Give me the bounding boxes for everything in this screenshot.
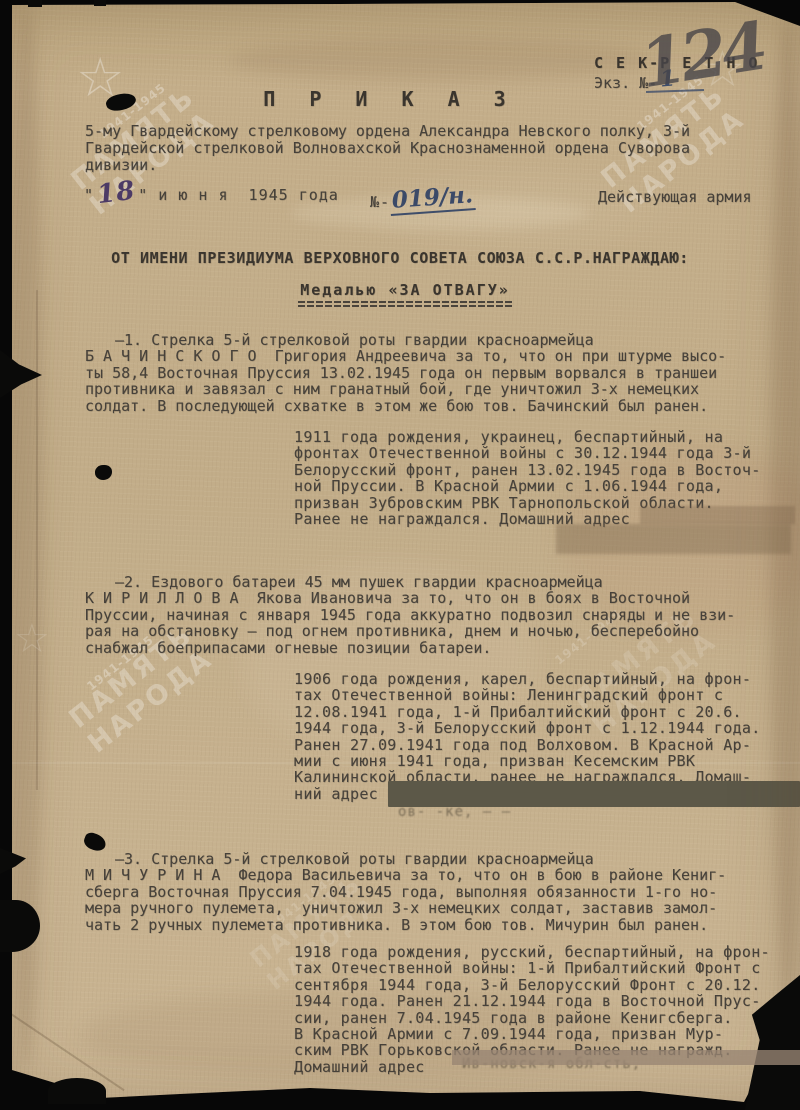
text-line: Ранее не награждался. Домашний адрес — [294, 511, 800, 527]
text-line: призван Зубровским РВК Тарнопольской обл… — [294, 495, 800, 511]
preamble: ОТ ИМЕНИ ПРЕЗИДИУМА ВЕРХОВНОГО СОВЕТА СО… — [0, 249, 800, 267]
crease-line — [36, 290, 38, 790]
text-line: рая на обстановку – под огнем противника… — [85, 623, 800, 639]
text-line: 1906 года рождения, карел, беспартийный,… — [294, 671, 800, 687]
text-line: мера ручного пулемета, уничтожил 3-х нем… — [85, 900, 800, 916]
medal-underline — [298, 305, 512, 307]
order-date-line: "18" и ю н я 1945 года — [84, 186, 339, 204]
medal-award-line: Медалью «ЗА ОТВАГУ» — [0, 281, 800, 299]
text-line: ты 58,4 Восточная Пруссия 13.02.1945 год… — [85, 365, 800, 381]
order-number: №-019/н. — [370, 186, 475, 215]
redacted-text-remnant: Ив-новск-я обл-сть, — [462, 1056, 641, 1072]
text-line: К И Р И Л Л О В А Якова Ивановича за то,… — [85, 590, 800, 606]
entry-2-citation: —2. Ездового батареи 45 мм пушек гвардии… — [85, 574, 800, 656]
text-line: 1944 года, 3-й Белорусский фронт с 1.12.… — [294, 720, 800, 736]
text-line: Гвардейской стрелковой Волновахской Крас… — [85, 140, 690, 157]
text-line: 12.08.1941 года, 1-й Прибалтийский фронт… — [294, 704, 800, 720]
text-line: солдат. В последующей схватке в этом же … — [85, 398, 800, 414]
text-line: ний адрес — [294, 786, 800, 802]
text-line: мии с июня 1941 года, призван Кесемским … — [294, 753, 800, 769]
text-line: Б А Ч И Н С К О Г О Григория Андреевича … — [85, 348, 800, 364]
text-line: В Красной Армии с 7.09.1944 года, призва… — [294, 1026, 800, 1042]
text-line: Пруссии, начиная с января 1945 года акку… — [85, 607, 800, 623]
entry-1-citation: —1. Стрелка 5-й стрелковой роты гвардии … — [85, 332, 800, 414]
army-note: Действующая армия — [598, 188, 752, 206]
text-line: фронтах Отечественной войны с 30.12.1944… — [294, 445, 800, 461]
text-line: дивизии. — [85, 157, 690, 174]
torn-edge — [94, 0, 106, 6]
addressee-block: 5-му Гвардейскому стрелковому ордена Але… — [85, 123, 690, 174]
text-line: противника и завязал с ним гранатный бой… — [85, 381, 800, 397]
text-line: ной Пруссии. В Красной Армии с 1.06.1944… — [294, 478, 800, 494]
text-line: сии, ранен 7.04.1945 года в районе Кениг… — [294, 1010, 800, 1026]
handwritten-page-number: 124 — [636, 13, 768, 97]
text-line: тах Отечественной войны: Ленинградский ф… — [294, 687, 800, 703]
text-line: —2. Ездового батареи 45 мм пушек гвардии… — [85, 574, 800, 590]
text-line: 5-му Гвардейскому стрелковому ордена Але… — [85, 123, 690, 140]
redaction-bar — [556, 524, 791, 554]
date-quote-open: " — [84, 186, 94, 204]
redacted-text-remnant: ов- -ке, — — — [398, 804, 511, 820]
date-rest: " и ю н я 1945 года — [138, 186, 339, 204]
text-line: 1911 года рождения, украинец, беспартийн… — [294, 429, 800, 445]
entry-1-bio: 1911 года рождения, украинец, беспартийн… — [294, 429, 800, 527]
document-paper: ☆ 1941-1945 ПАМЯТЬНАРОДА ☆ 1941-1945 ПАМ… — [0, 0, 800, 1110]
text-line: М И Ч У Р И Н А Федора Васильевича за то… — [85, 867, 800, 883]
torn-edge — [48, 1078, 106, 1104]
entry-2-bio: 1906 года рождения, карел, беспартийный,… — [294, 671, 800, 802]
text-line: —3. Стрелка 5-й стрелковой роты гвардии … — [85, 851, 800, 867]
entry-3-citation: —3. Стрелка 5-й стрелковой роты гвардии … — [85, 851, 800, 933]
text-line: сентября 1944 года, 3-й Белорусский Фрон… — [294, 977, 800, 993]
text-line: 1944 года. Ранен 21.12.1944 года в Восто… — [294, 993, 800, 1009]
text-line: сберга Восточная Пруссия 7.04.1945 года,… — [85, 884, 800, 900]
order-number-label: №- — [370, 193, 390, 211]
watermark-star-icon: ☆ — [14, 616, 50, 662]
text-line: Ранен 27.09.1941 года под Волховом. В Кр… — [294, 737, 800, 753]
text-line: снабжал боеприпасами огневые позиции бат… — [85, 640, 800, 656]
crease-line — [0, 1000, 125, 1091]
paper-stain — [230, 38, 650, 82]
text-line: Калининской области, ранее не награждалс… — [294, 769, 800, 785]
handwritten-order-number: 019/н. — [389, 181, 476, 216]
text-line: —1. Стрелка 5-й стрелковой роты гвардии … — [85, 332, 800, 348]
text-line: Белорусский фронт, ранен 13.02.1945 года… — [294, 462, 800, 478]
text-line: 1918 года рождения, русский, беспартийны… — [294, 944, 800, 960]
text-line: тах Отечественной войны: 1-й Прибалтийск… — [294, 960, 800, 976]
medal-underline — [298, 301, 512, 303]
ink-blob — [82, 831, 108, 854]
torn-edge — [28, 0, 42, 7]
scanned-document-page: ☆ 1941-1945 ПАМЯТЬНАРОДА ☆ 1941-1945 ПАМ… — [0, 0, 800, 1110]
handwritten-day: 18 — [97, 186, 136, 201]
ink-blob — [95, 465, 112, 480]
text-line: чать 2 ручных пулемета противника. В это… — [85, 917, 800, 933]
